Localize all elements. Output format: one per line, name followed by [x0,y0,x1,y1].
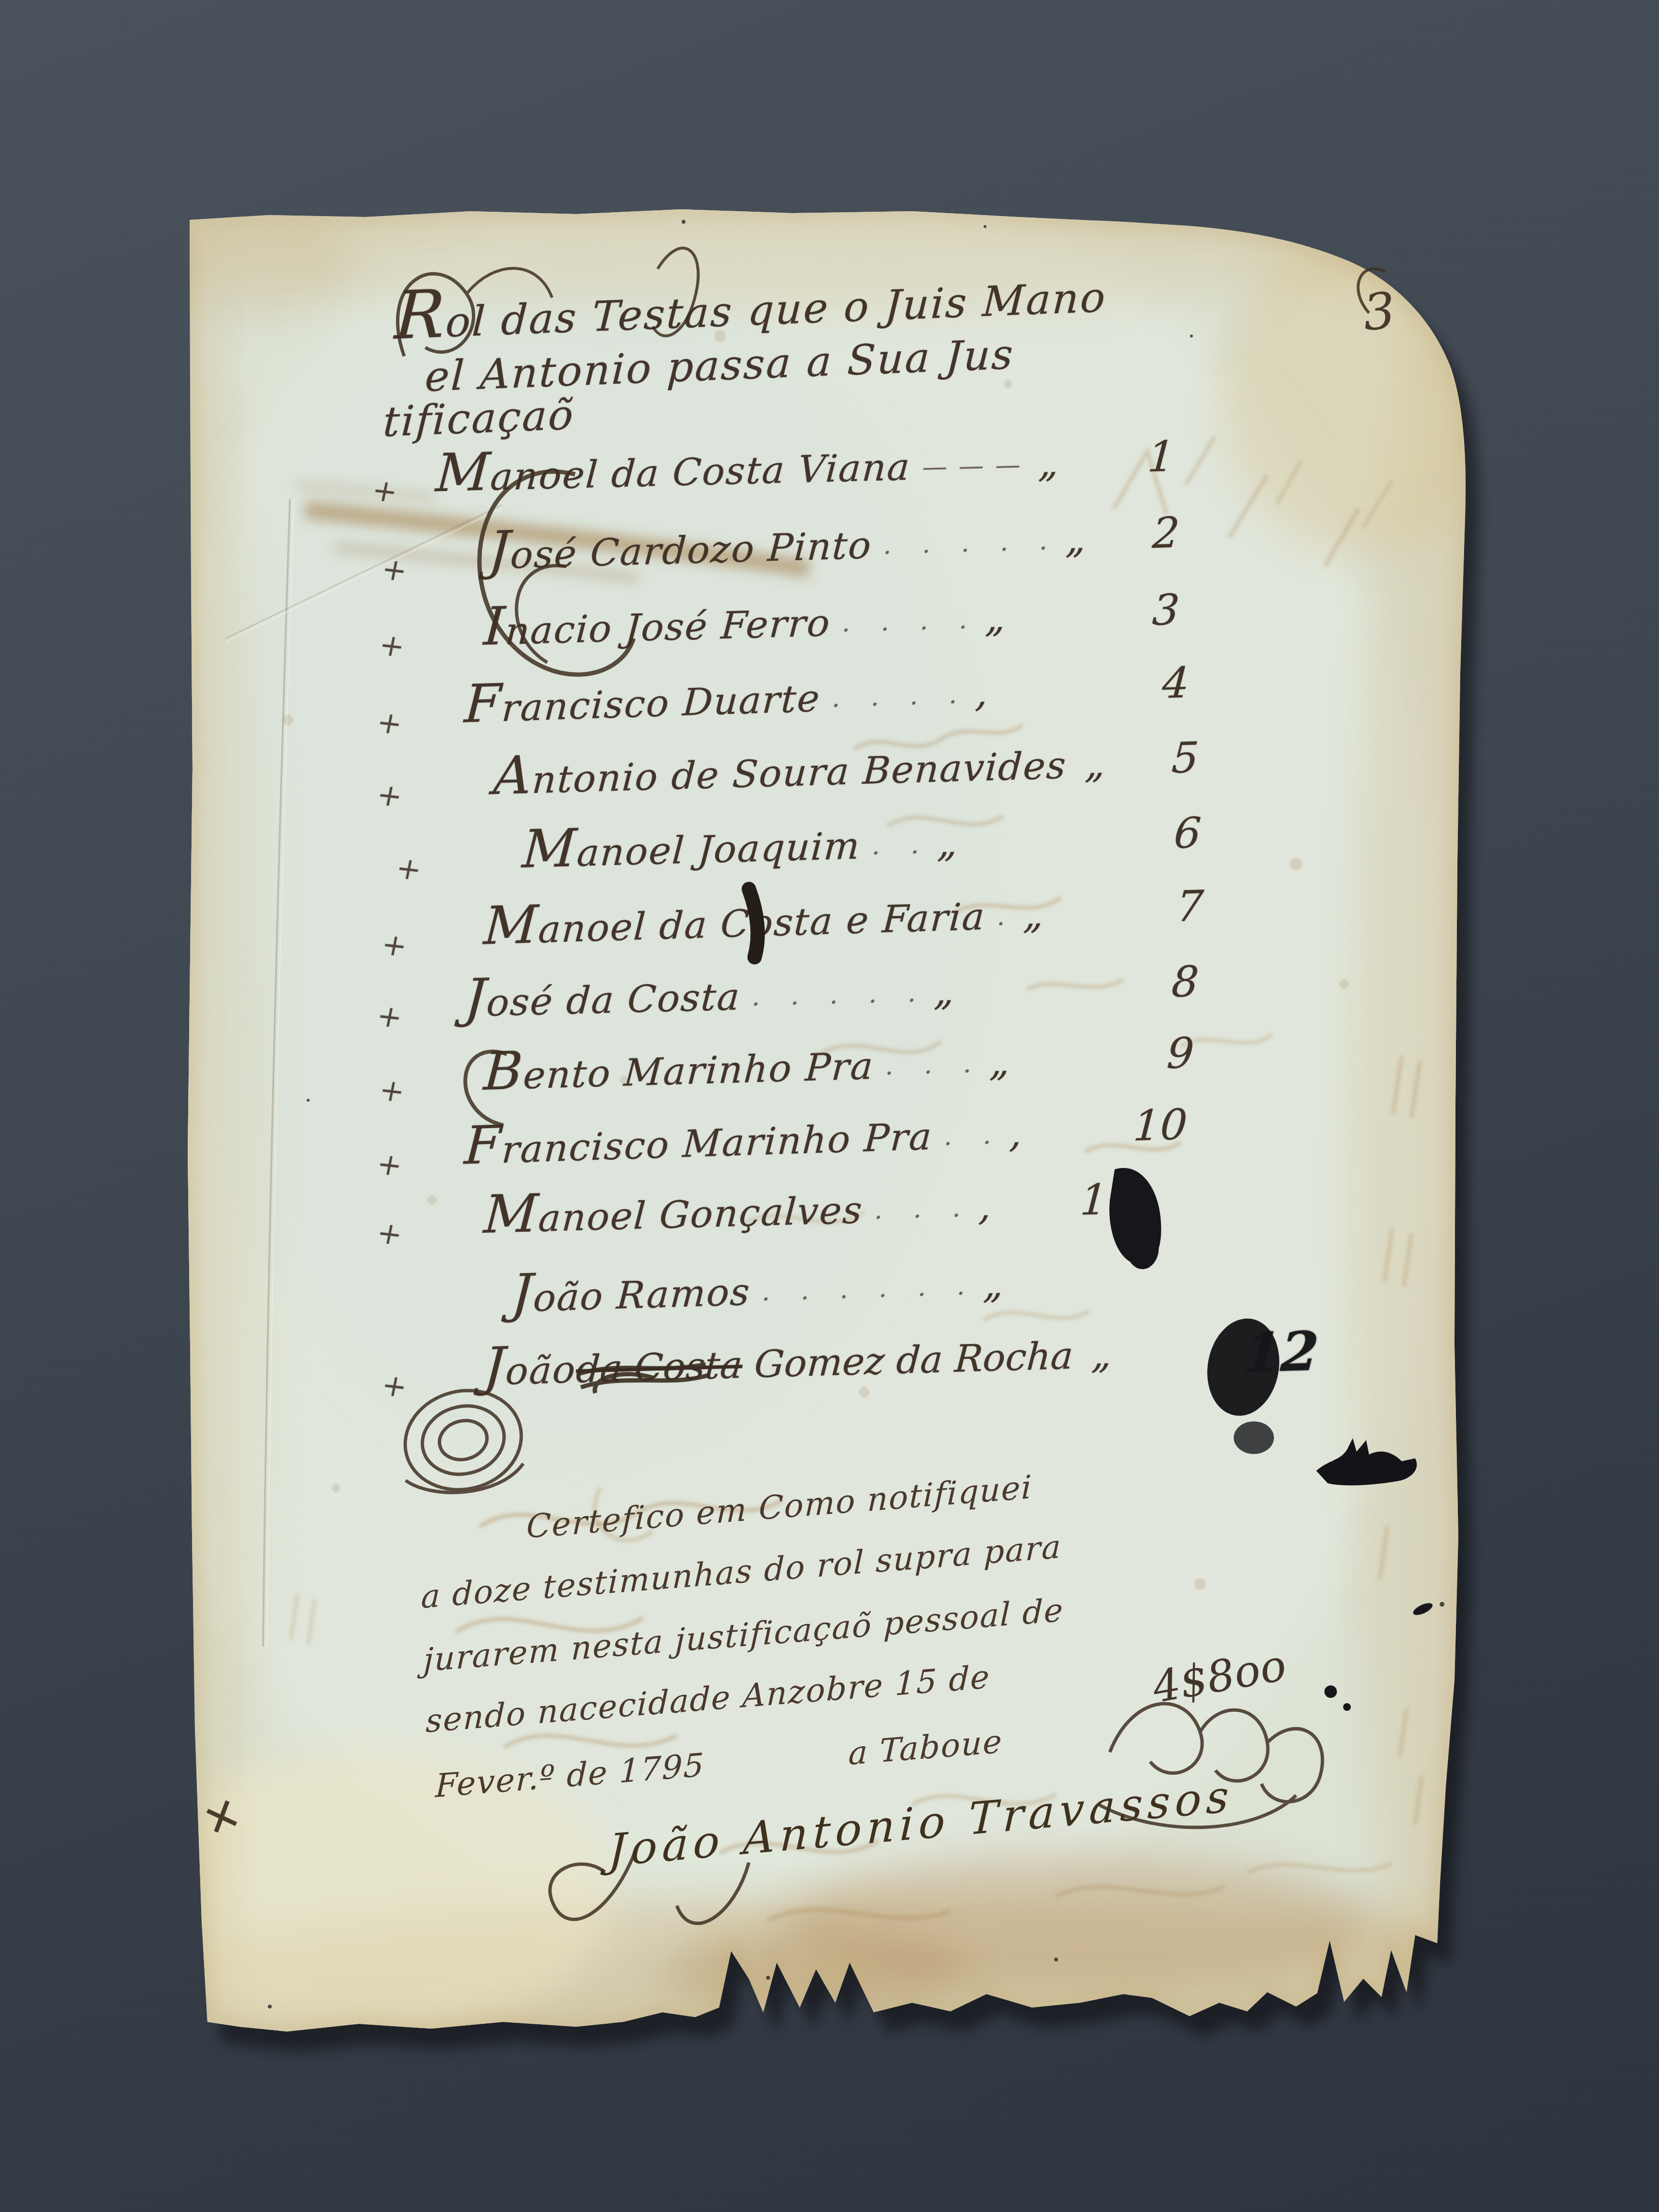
certificate-place: a Taboue [848,1722,1003,1772]
certificate-line-1: Certefico em Como notifiquei [526,1468,1033,1545]
dot-leader: . . . [874,1193,973,1225]
ditto-mark: „ [1084,742,1106,787]
witness-number: 1 [1146,432,1177,481]
ditto-mark: „ [982,1262,1005,1307]
witness-number: 2 [1151,508,1181,558]
ditto-mark: „ [988,1039,1011,1084]
witness-name: Bento Marinho Pra [482,1040,875,1099]
dot-leader: . . . . [831,680,970,713]
witness-name: José Cardozo Pinto [487,519,873,578]
witness-cross-mark: + [376,1071,408,1109]
witness-row: +João da Costa Gomez da Rocha „ 12 [381,1315,1587,1397]
folio-number: 3 [1361,281,1398,342]
witness-name: Francisco Duarte [463,672,822,731]
witness-cross-mark: + [374,704,405,742]
ditto-mark: , [978,1184,993,1229]
manuscript-text: 3 Rol das Testas que o Juis Mano el Anto… [0,0,1659,2212]
witness-number: 4 [1161,658,1190,708]
witness-row: João Ramos . . . . . .„ [501,1238,1659,1321]
dot-leader [1078,751,1080,780]
witness-name: José da Costa [463,971,742,1025]
witness-cross-mark: + [374,1146,405,1183]
dot-leader: . [997,902,1018,931]
witness-cross-mark: + [376,626,408,664]
dot-leader: . . . . . [883,527,1060,560]
witness-cross-mark: + [379,926,410,964]
witness-number: 3 [1151,585,1181,635]
witness-name-struck: da Costa [575,1344,744,1392]
header-line-3: tificaçaõ [382,391,576,446]
witness-cross-mark: + [374,776,406,814]
fee-amount: 4$8oo [1149,1640,1290,1713]
witness-cross-mark: + [374,1214,406,1252]
witness-name: João Ramos [510,1266,752,1321]
witness-row: +Francisco Marinho Pra . ., 10 [376,1090,1582,1176]
witness-row: +Manoel Gonçalves . . ., 11 [377,1165,1582,1244]
witness-row: +José da Costa . . . . .„ 8 [377,950,1582,1027]
witness-cross-mark: + [393,850,425,887]
ditto-mark: , [1009,1111,1023,1156]
dot-leader: ——— [921,450,1033,482]
witness-cross-mark: + [369,472,401,509]
witness-name: Manoel da Costa e Faria [482,890,987,953]
ditto-mark: „ [1037,441,1060,486]
notary-signature: João Antonio Travassos [608,1770,1235,1877]
witness-number: 11 [1079,1174,1136,1225]
witness-row: +Antonio de Soura Benavides „ 5 [376,725,1582,806]
certificate-date: Fever.º de 1795 [435,1746,705,1805]
dot-leader: . . [944,1120,1004,1151]
witness-cross-mark: + [379,551,410,588]
ditto-mark: „ [1065,517,1087,562]
witness-name-part: João [482,1344,578,1394]
dot-leader: . . . [885,1049,984,1081]
witness-name: Manoel da Costa Viana [434,441,912,500]
dot-leader: . . . . [842,605,980,637]
ditto-mark: , [974,670,989,715]
ditto-mark: „ [933,969,956,1014]
witness-name: Antonio de Soura Benavides [492,739,1068,803]
ditto-mark: „ [984,596,1007,641]
witness-name-part: Gomez da Rocha [741,1334,1074,1387]
witness-number: 12 [1242,1320,1321,1385]
witness-row: +Francisco Duarte . . . ., 4 [376,649,1582,734]
witness-row: +Inacio José Ferro . . . .„ 3 [379,577,1585,656]
dot-leader: . . . . . [751,979,928,1012]
witness-number: 8 [1170,957,1201,1007]
dot-leader: . . [871,830,932,861]
ditto-mark: „ [936,820,959,866]
witness-row: +José Cardozo Pinto . . . . .„ 2 [381,499,1587,581]
witness-row: +Manoel da Costa e Faria .„ 7 [381,873,1587,956]
dot-leader: . . . . . . [761,1272,977,1307]
witness-number: 7 [1175,881,1205,931]
witness-name: Manoel Gonçalves [482,1184,865,1242]
witness-number: 10 [1132,1099,1189,1150]
witness-number: 6 [1173,808,1202,858]
witness-row: +Manoel Joaquim . .„ 6 [396,800,1601,879]
photographed-manuscript: 3 Rol das Testas que o Juis Mano el Anto… [0,0,1659,2212]
witness-name: Inacio José Ferro [482,597,832,654]
witness-cross-mark: + [374,998,406,1035]
ditto-mark: „ [1022,892,1045,937]
witness-name: Francisco Marinho Pra [463,1110,934,1173]
witness-number: 9 [1166,1028,1195,1079]
certificate-line-5: Fever.º de 1795a Taboue [435,1722,1003,1804]
witness-row: +Bento Marinho Pra . . .„ 9 [379,1020,1584,1102]
witness-cross-mark: + [379,1367,410,1404]
witness-number: 5 [1170,733,1200,783]
witness-name: Manoel Joaquim [521,820,862,877]
ditto-mark: „ [1091,1332,1113,1377]
